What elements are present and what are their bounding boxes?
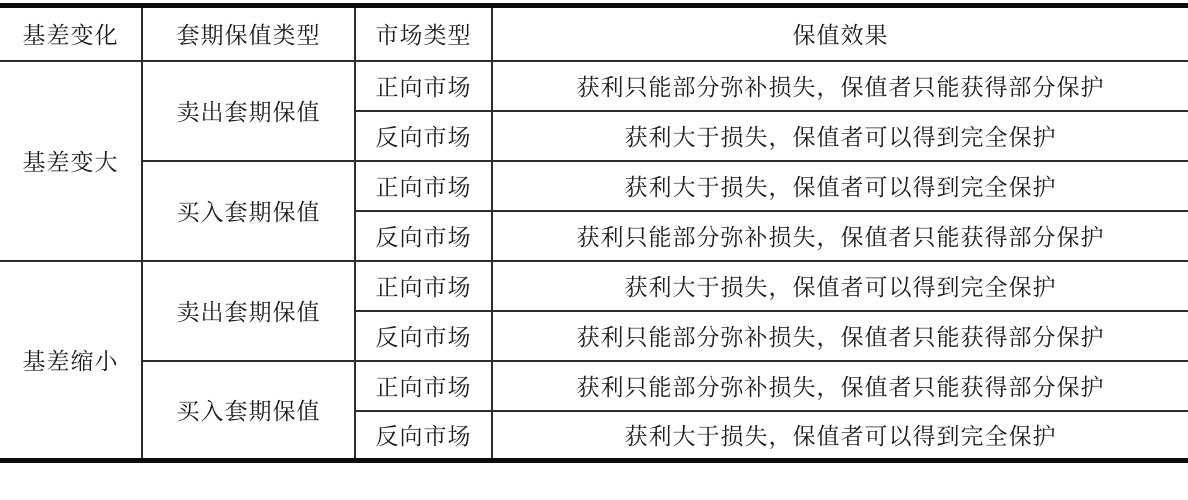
effect-cell: 获利大于损失，保值者可以得到完全保护 xyxy=(492,161,1188,211)
market-cell: 正向市场 xyxy=(355,161,492,211)
effect-cell: 获利只能部分弥补损失，保值者只能获得部分保护 xyxy=(492,211,1188,261)
header-hedge-type: 套期保值类型 xyxy=(142,6,355,61)
basis-cell: 基差变大 xyxy=(0,61,142,261)
hedge-type-cell: 买入套期保值 xyxy=(142,361,355,461)
header-basis-change: 基差变化 xyxy=(0,6,142,61)
effect-cell: 获利只能部分弥补损失，保值者只能获得部分保护 xyxy=(492,61,1188,111)
market-cell: 反向市场 xyxy=(355,411,492,461)
effect-cell: 获利大于损失，保值者可以得到完全保护 xyxy=(492,261,1188,311)
effect-cell: 获利只能部分弥补损失，保值者只能获得部分保护 xyxy=(492,311,1188,361)
header-market-type: 市场类型 xyxy=(355,6,492,61)
market-cell: 正向市场 xyxy=(355,361,492,411)
market-cell: 反向市场 xyxy=(355,211,492,261)
effect-cell: 获利大于损失，保值者可以得到完全保护 xyxy=(492,111,1188,161)
hedge-type-cell: 卖出套期保值 xyxy=(142,61,355,161)
hedging-effect-table: 基差变化 套期保值类型 市场类型 保值效果 基差变大 卖出套期保值 正向市场 获… xyxy=(0,3,1188,463)
effect-cell: 获利大于损失，保值者可以得到完全保护 xyxy=(492,411,1188,461)
table-row: 买入套期保值 正向市场 获利只能部分弥补损失，保值者只能获得部分保护 xyxy=(0,361,1188,411)
market-cell: 正向市场 xyxy=(355,61,492,111)
table-row: 基差缩小 卖出套期保值 正向市场 获利大于损失，保值者可以得到完全保护 xyxy=(0,261,1188,311)
header-row: 基差变化 套期保值类型 市场类型 保值效果 xyxy=(0,6,1188,61)
header-effect: 保值效果 xyxy=(492,6,1188,61)
market-cell: 反向市场 xyxy=(355,111,492,161)
hedge-type-cell: 买入套期保值 xyxy=(142,161,355,261)
hedge-type-cell: 卖出套期保值 xyxy=(142,261,355,361)
basis-cell: 基差缩小 xyxy=(0,261,142,461)
table-row: 基差变大 卖出套期保值 正向市场 获利只能部分弥补损失，保值者只能获得部分保护 xyxy=(0,61,1188,111)
market-cell: 反向市场 xyxy=(355,311,492,361)
table-row: 买入套期保值 正向市场 获利大于损失，保值者可以得到完全保护 xyxy=(0,161,1188,211)
effect-cell: 获利只能部分弥补损失，保值者只能获得部分保护 xyxy=(492,361,1188,411)
market-cell: 正向市场 xyxy=(355,261,492,311)
document-page: 基差变化 套期保值类型 市场类型 保值效果 基差变大 卖出套期保值 正向市场 获… xyxy=(0,0,1188,500)
